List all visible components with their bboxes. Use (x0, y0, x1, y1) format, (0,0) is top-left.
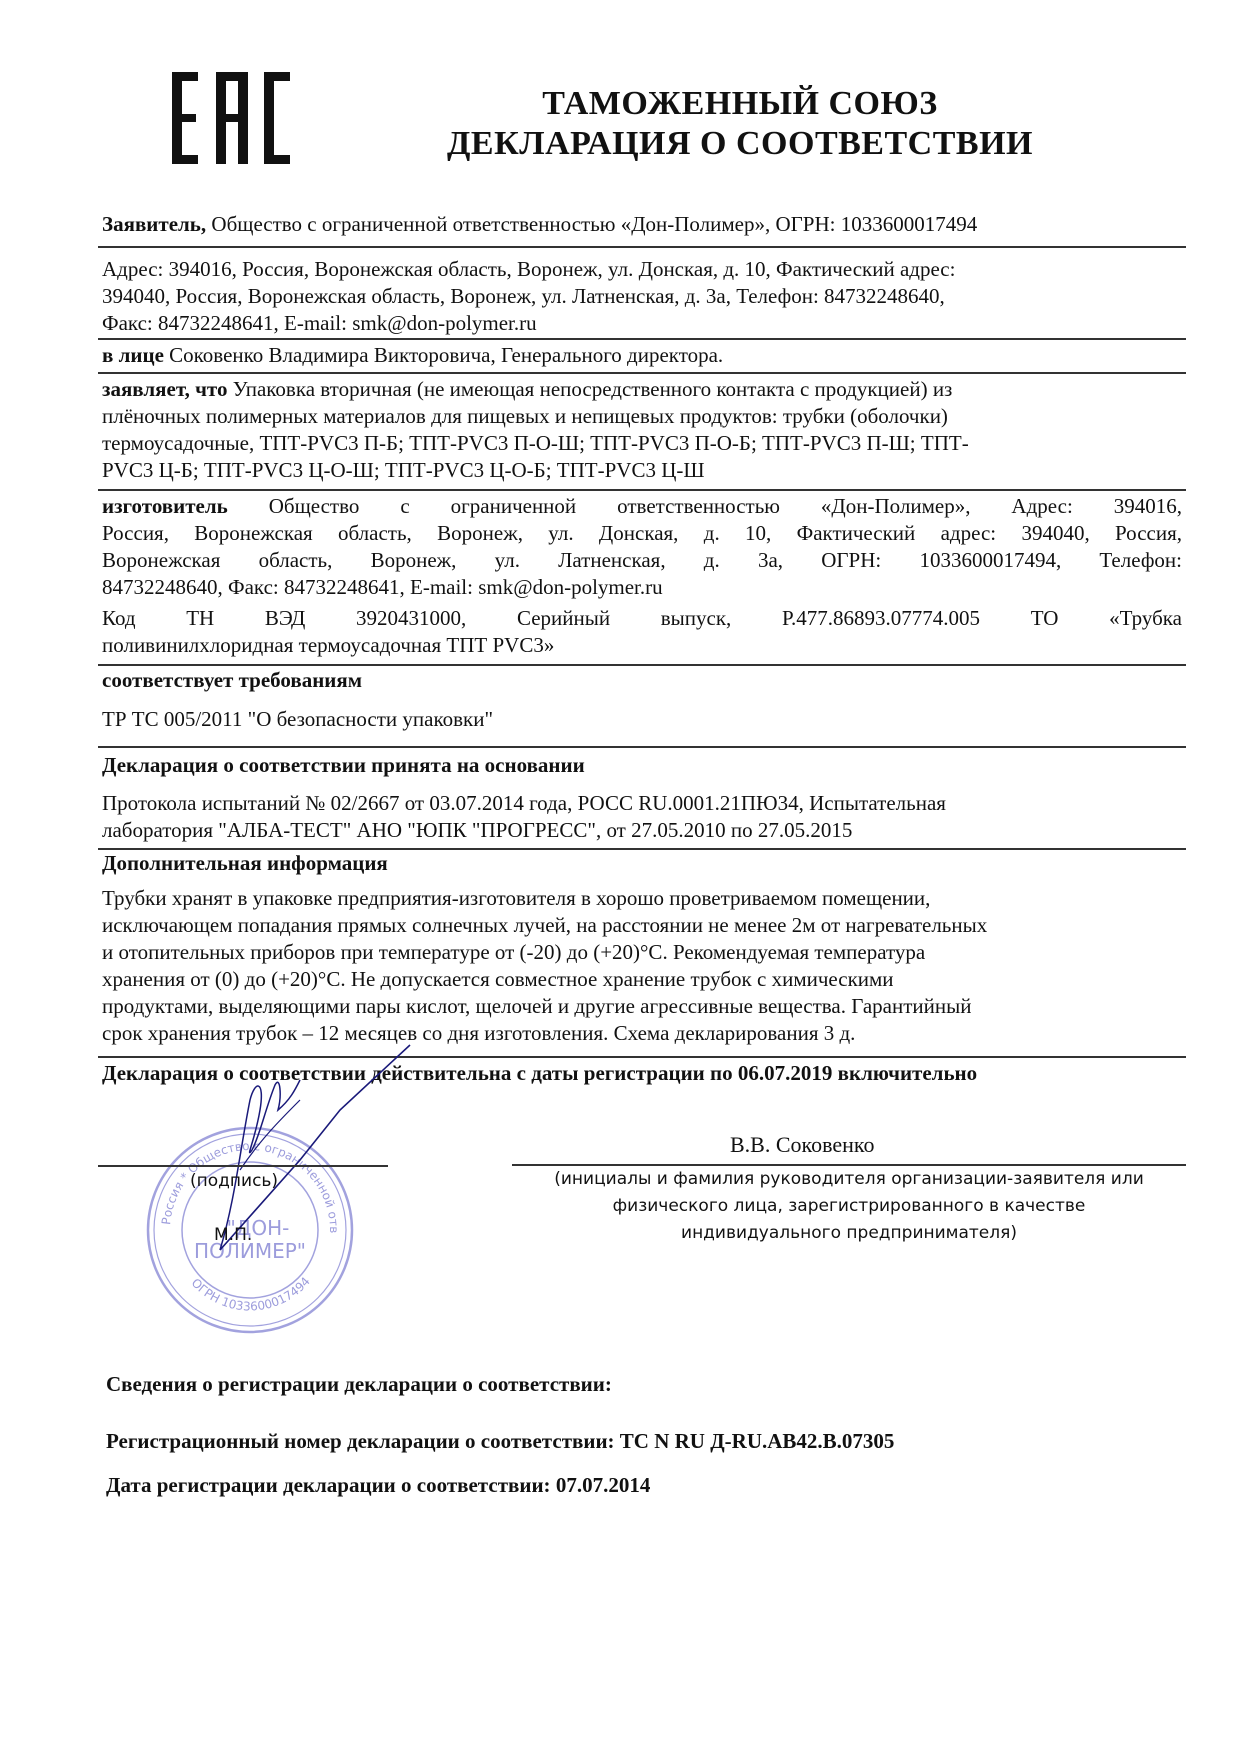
product-code-line: поливинилхлоридная термоусадочная ТПТ PV… (102, 632, 1182, 659)
declares-label: заявляет, что (102, 377, 227, 401)
basis-label: Декларация о соответствии принята на осн… (102, 752, 1182, 779)
divider (98, 746, 1186, 748)
applicant-text: Общество с ограниченной ответственностью… (211, 212, 977, 236)
registration-date-label: Дата регистрации декларации о соответств… (106, 1473, 551, 1497)
divider (98, 664, 1186, 666)
registration-date: Дата регистрации декларации о соответств… (106, 1473, 650, 1498)
signer-name: В.В. Соковенко (730, 1132, 874, 1158)
additional-label: Дополнительная информация (102, 850, 1182, 877)
title-line-1: ТАМОЖЕННЫЙ СОЮЗ (420, 84, 1060, 124)
signer-caption: (инициалы и фамилия руководителя организ… (512, 1166, 1186, 1247)
applicant-section: Заявитель, Общество с ограниченной ответ… (102, 211, 1182, 238)
divider (98, 338, 1186, 340)
additional-line: исключающем попадания прямых солнечных л… (102, 912, 1182, 939)
divider (98, 372, 1186, 374)
registration-number: Регистрационный номер декларации о соотв… (106, 1429, 894, 1454)
applicant-label: Заявитель, (102, 212, 206, 236)
additional-line: хранения от (0) до (+20)°С. Не допускает… (102, 966, 1182, 993)
product-code-line: Код ТН ВЭД 3920431000, Серийный выпуск, … (102, 605, 1182, 632)
address-line: 394040, Россия, Воронежская область, Вор… (102, 283, 1182, 310)
declares-line: Упаковка вторичная (не имеющая непосредс… (233, 377, 953, 401)
conforms-label: соответствует требованиям (102, 667, 1182, 694)
manufacturer-line: Россия, Воронежская область, Воронеж, ул… (102, 520, 1182, 547)
signer-caption-line: индивидуального предпринимателя) (512, 1220, 1186, 1247)
basis-line: лаборатория "АЛБА-ТЕСТ" АНО "ЮПК "ПРОГРЕ… (102, 817, 1182, 844)
manufacturer-line: Воронежская область, Воронеж, ул. Латнен… (102, 547, 1182, 574)
registration-date-value: 07.07.2014 (556, 1473, 651, 1497)
svg-text:ОГРН 1033600017494: ОГРН 1033600017494 (189, 1274, 313, 1313)
document-title: ТАМОЖЕННЫЙ СОЮЗ ДЕКЛАРАЦИЯ О СООТВЕТСТВИ… (420, 84, 1060, 164)
basis-line: Протокола испытаний № 02/2667 от 03.07.2… (102, 790, 1182, 817)
signer-caption-line: физического лица, зарегистрированного в … (512, 1193, 1186, 1220)
additional-section: Трубки хранят в упаковке предприятия-изг… (102, 885, 1182, 1047)
manufacturer-line: 84732248640, Факс: 84732248641, E-mail: … (102, 574, 1182, 601)
representative-section: в лице Соковенко Владимира Викторовича, … (102, 342, 1182, 369)
signature-line (98, 1165, 388, 1167)
registration-number-value: ТС N RU Д-RU.АВ42.В.07305 (620, 1429, 895, 1453)
additional-line: продуктами, выделяющими пары кислот, щел… (102, 993, 1182, 1020)
basis-section: Протокола испытаний № 02/2667 от 03.07.2… (102, 790, 1182, 844)
declares-line: термоусадочные, ТПТ-PVC3 П-Б; ТПТ-PVC3 П… (102, 430, 1182, 457)
declares-section: заявляет, что Упаковка вторичная (не име… (102, 376, 1182, 484)
address-line: Адрес: 394016, Россия, Воронежская облас… (102, 256, 1182, 283)
signer-caption-line: (инициалы и фамилия руководителя организ… (512, 1166, 1186, 1193)
conforms-text: ТР ТС 005/2011 "О безопасности упаковки" (102, 706, 1182, 733)
manufacturer-section: изготовитель Общество с ограниченной отв… (102, 493, 1182, 659)
representative-text: Соковенко Владимира Викторовича, Генерал… (169, 343, 723, 367)
manufacturer-label: изготовитель (102, 494, 228, 518)
signature-caption: (подпись) (190, 1168, 278, 1195)
declares-line: плёночных полимерных материалов для пище… (102, 403, 1182, 430)
divider (98, 246, 1186, 248)
manufacturer-line: Общество с ограниченной ответственностью… (269, 494, 1182, 518)
registration-heading: Сведения о регистрации декларации о соот… (106, 1372, 612, 1397)
eac-logo (172, 72, 290, 164)
representative-label: в лице (102, 343, 164, 367)
declares-line: PVC3 Ц-Б; ТПТ-PVC3 Ц-О-Ш; ТПТ-PVC3 Ц-О-Б… (102, 457, 1182, 484)
seal-caption: М.П. (214, 1222, 252, 1249)
divider (98, 489, 1186, 491)
title-line-2: ДЕКЛАРАЦИЯ О СООТВЕТСТВИИ (420, 124, 1060, 164)
additional-line: и отопительных приборов при температуре … (102, 939, 1182, 966)
applicant-address: Адрес: 394016, Россия, Воронежская облас… (102, 256, 1182, 337)
address-line: Факс: 84732248641, E-mail: smk@don-polym… (102, 310, 1182, 337)
registration-number-label: Регистрационный номер декларации о соотв… (106, 1429, 615, 1453)
additional-line: Трубки хранят в упаковке предприятия-изг… (102, 885, 1182, 912)
